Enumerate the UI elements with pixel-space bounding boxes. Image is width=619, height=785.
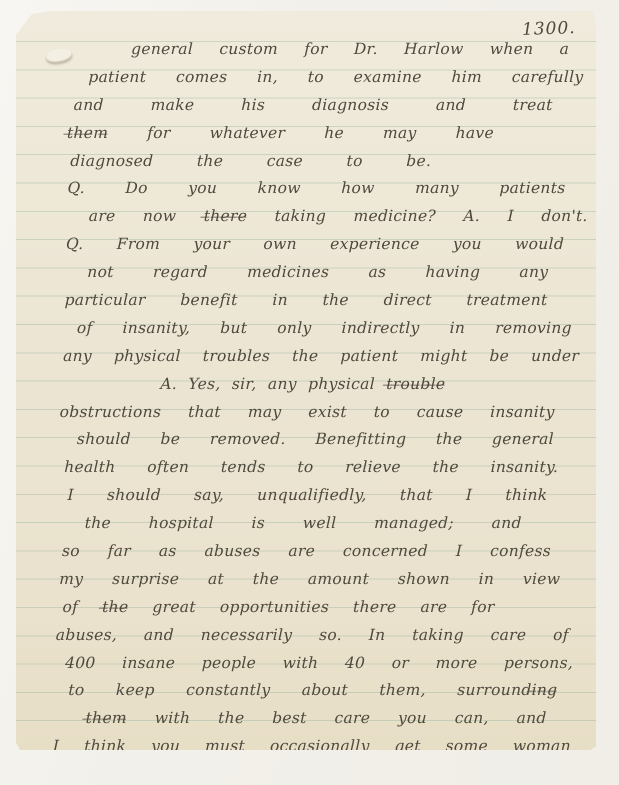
handwritten-text: general custom for Dr. Harlow when a pat… xyxy=(7,36,606,761)
manuscript-line: diagnosed the case to be. xyxy=(70,148,432,176)
manuscript-line: A. Yes, sir, any physical t̶r̶o̶u̶b̶l̶e̶ xyxy=(160,371,446,399)
manuscript-line: patient comes in, to examine him careful… xyxy=(88,64,584,92)
manuscript-line: I should say, unqualifiedly, that I thin… xyxy=(67,482,548,510)
manuscript-line: my surprise at the amount shown in view xyxy=(59,566,561,594)
manuscript-line: particular benefit in the direct treatme… xyxy=(64,287,548,315)
manuscript-line: t̶h̶e̶m̶ with the best care you can, and xyxy=(85,705,547,733)
manuscript-line: not regard medicines as having any xyxy=(87,259,549,287)
manuscript-line: t̶h̶e̶m̶ for whatever he may have xyxy=(67,120,495,148)
manuscript-line: health often tends to relieve the insani… xyxy=(64,454,559,482)
manuscript-line: so far as abuses are concerned I confess xyxy=(62,538,552,566)
manuscript-line: 400 insane people with 40 or more person… xyxy=(65,650,574,678)
manuscript-line: of insanity, but only indirectly in remo… xyxy=(76,315,572,343)
manuscript-line: the hospital is well managed; and xyxy=(84,510,522,538)
manuscript-line: I think you must occasionally get some w… xyxy=(53,733,572,761)
manuscript-line: any physical troubles the patient might … xyxy=(63,343,580,371)
manuscript-page: 1300. general custom for Dr. Harlow when… xyxy=(16,11,596,750)
manuscript-line: abuses, and necessarily so. In taking ca… xyxy=(55,622,569,650)
manuscript-line: Q. From your own experience you would xyxy=(66,231,565,259)
manuscript-line: Q. Do you know how many patients xyxy=(67,175,566,203)
manuscript-line: are now t̶h̶e̶r̶e̶ taking medicine? A. I… xyxy=(88,203,588,231)
manuscript-line: to keep constantly about them, surroundi… xyxy=(68,677,558,705)
manuscript-line: and make his diagnosis and treat xyxy=(73,92,553,120)
manuscript-line: of t̶h̶e̶ great opportunities there are … xyxy=(62,594,495,622)
manuscript-line: obstructions that may exist to cause ins… xyxy=(59,399,555,427)
manuscript-line: general custom for Dr. Harlow when a xyxy=(131,36,570,64)
manuscript-line: should be removed. Benefitting the gener… xyxy=(77,426,555,454)
scanned-document: 1300. general custom for Dr. Harlow when… xyxy=(0,0,619,785)
